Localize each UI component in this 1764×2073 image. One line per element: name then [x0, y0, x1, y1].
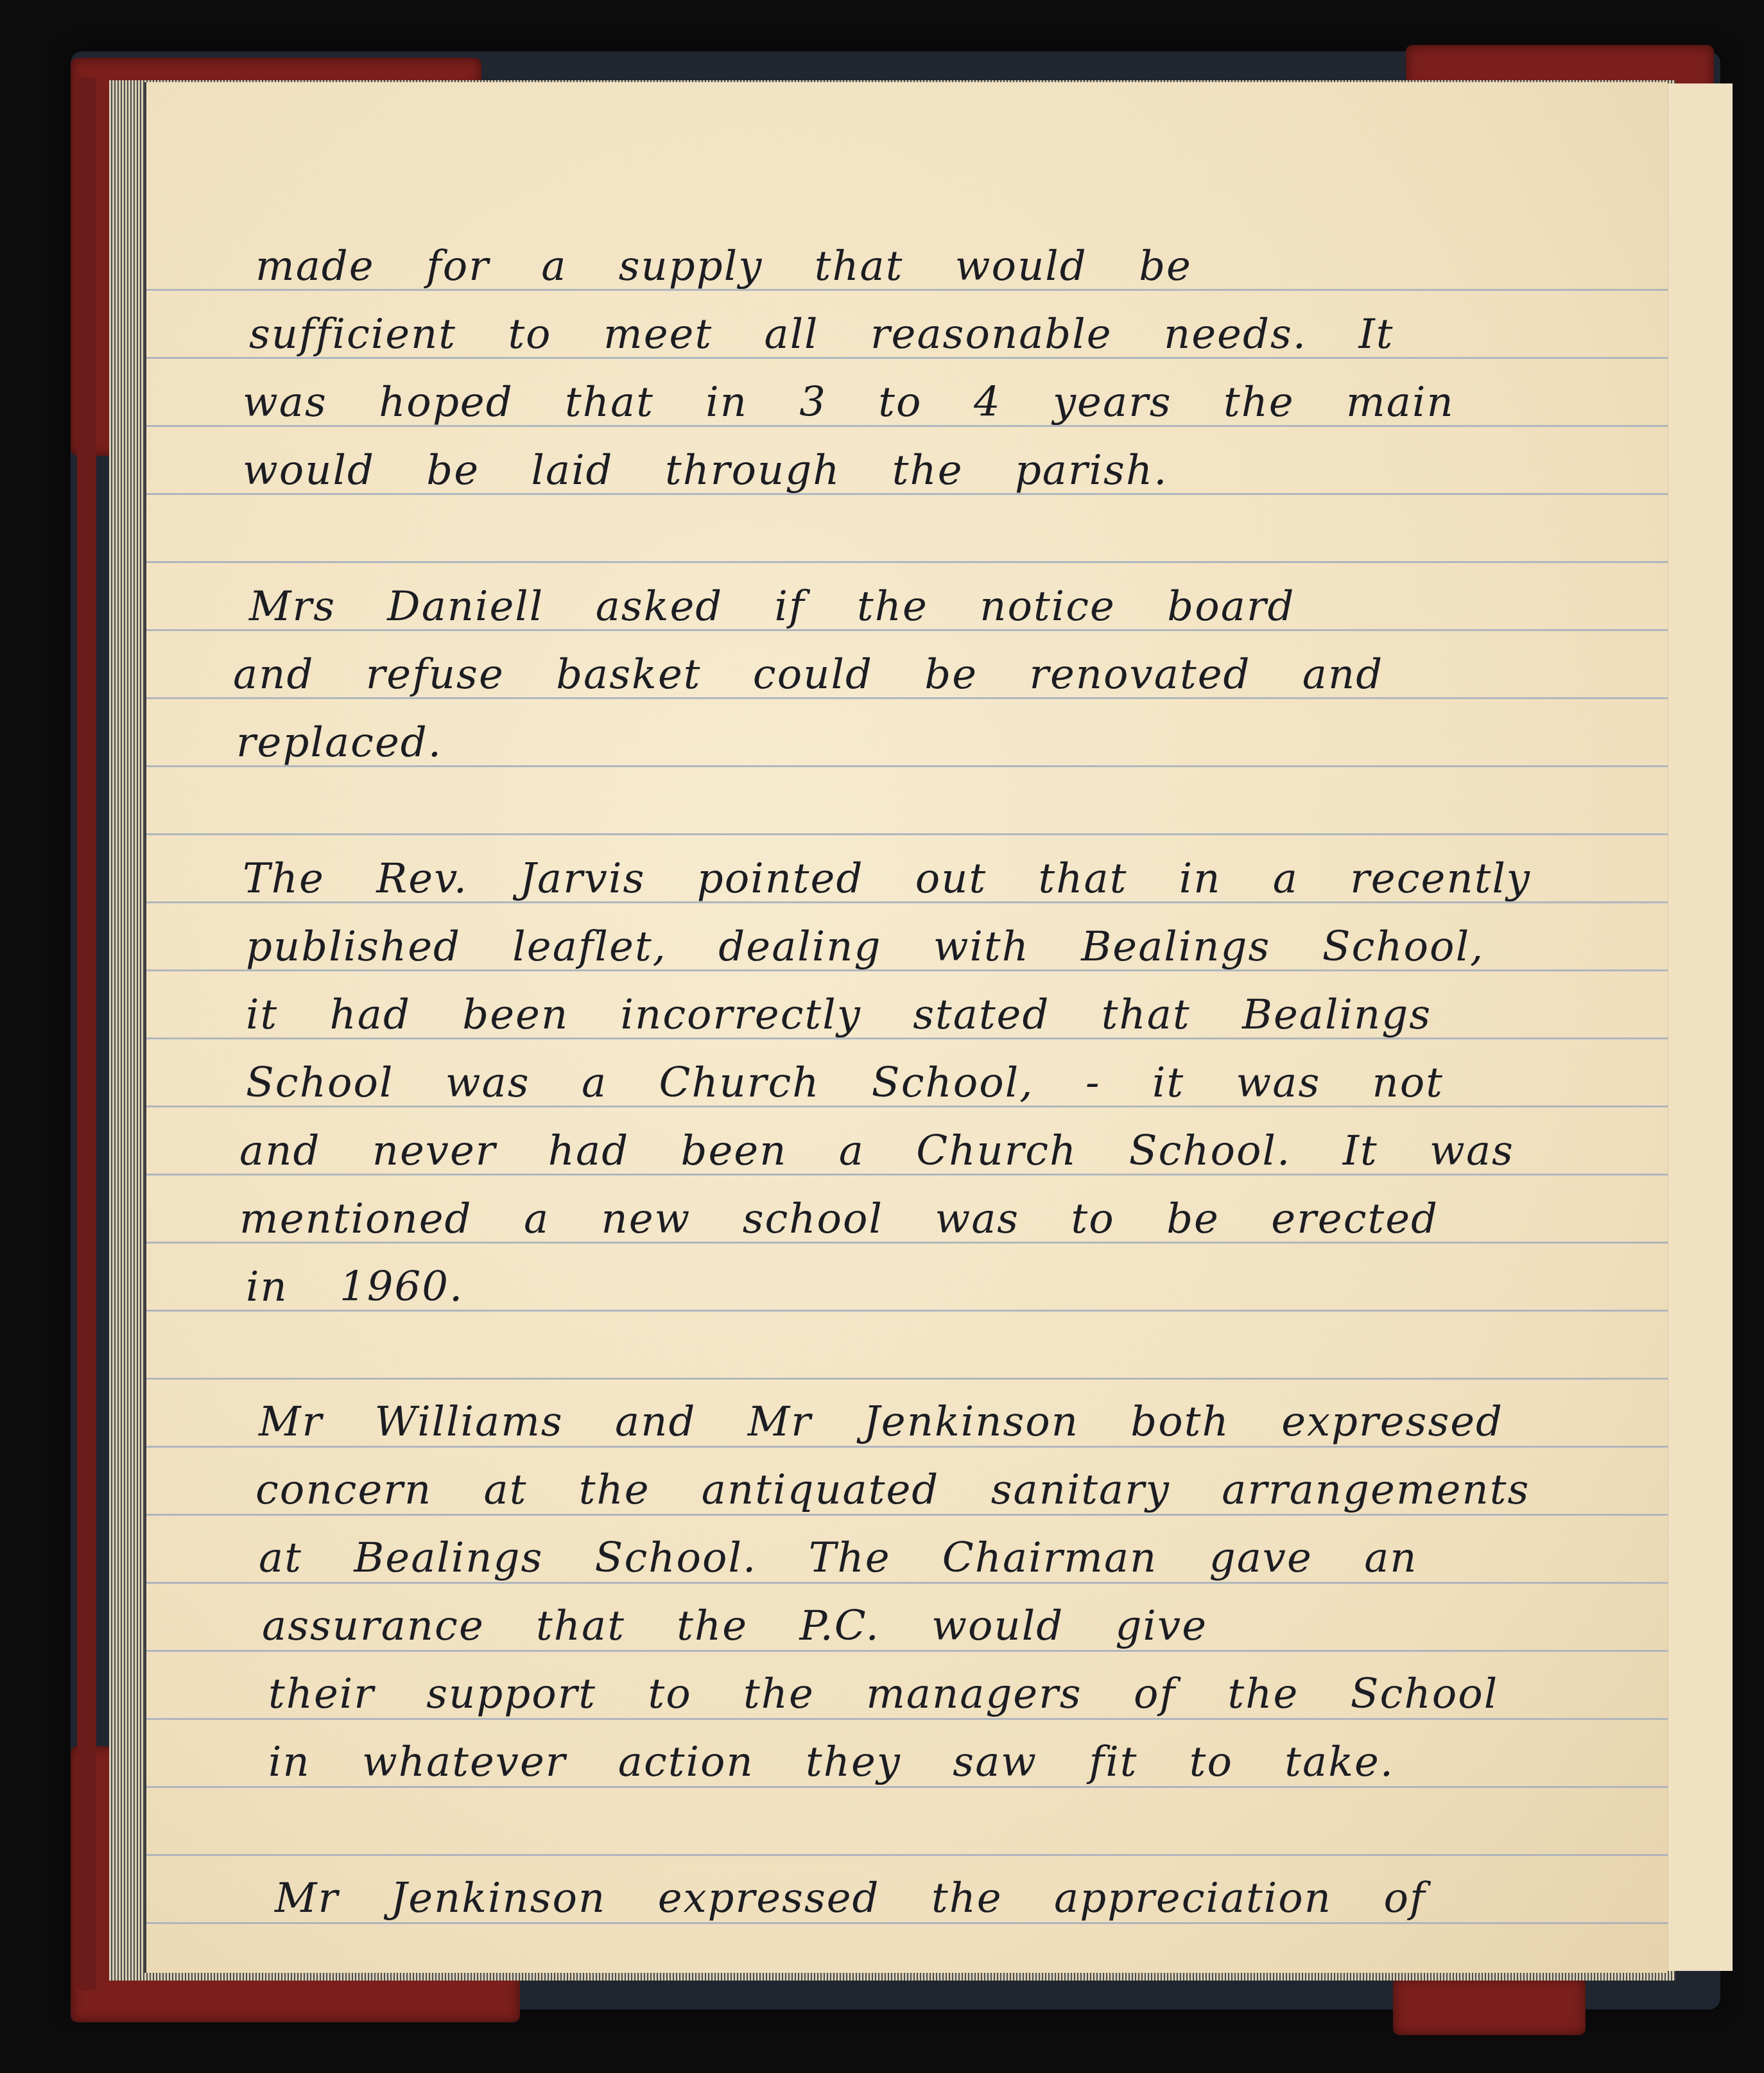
ruled-line	[146, 1514, 1668, 1516]
next-page-edge	[1666, 83, 1733, 1971]
handwritten-line: in whatever action they saw fit to take.	[268, 1739, 1394, 1786]
ruled-line	[146, 1650, 1668, 1652]
handwritten-line: mentioned a new school was to be erected	[239, 1195, 1439, 1243]
handwritten-line: School was a Church School, - it was not	[246, 1059, 1444, 1107]
ruled-line	[146, 1922, 1668, 1924]
handwritten-line: Mrs Daniell asked if the notice board	[249, 583, 1295, 630]
handwritten-line: it had been incorrectly stated that Beal…	[246, 991, 1431, 1039]
handwritten-line: at Bealings School. The Chairman gave an	[259, 1534, 1418, 1582]
ruled-line	[146, 1378, 1668, 1380]
handwritten-line: made for a supply that would be	[255, 243, 1192, 290]
ruled-line	[146, 1446, 1668, 1448]
handwritten-line: assurance that the P.C. would give	[262, 1602, 1207, 1650]
ruled-line	[146, 1786, 1668, 1788]
handwritten-line: in 1960.	[246, 1263, 463, 1311]
ruled-line	[146, 833, 1668, 835]
handwritten-line: and refuse basket could be renovated and	[233, 651, 1383, 698]
handwritten-line: was hoped that in 3 to 4 years the main	[243, 379, 1455, 426]
handwritten-line: The Rev. Jarvis pointed out that in a re…	[243, 855, 1531, 903]
handwritten-line: their support to the managers of the Sch…	[268, 1670, 1498, 1718]
notebook-page: made for a supply that would be sufficie…	[144, 82, 1668, 1973]
handwritten-line: replaced.	[236, 719, 442, 767]
handwritten-line: sufficient to meet all reasonable needs.…	[249, 311, 1394, 358]
handwritten-line: would be laid through the parish.	[243, 447, 1168, 494]
handwritten-line: Mr Williams and Mr Jenkinson both expres…	[259, 1398, 1503, 1446]
ruled-line	[146, 1718, 1668, 1720]
leather-corner-bottom-right	[1393, 1977, 1586, 2035]
handwritten-line: concern at the antiquated sanitary arran…	[255, 1466, 1530, 1514]
ruled-line	[146, 1582, 1668, 1584]
ruled-line	[146, 1854, 1668, 1856]
handwritten-line: published leaflet, dealing with Bealings…	[246, 923, 1484, 971]
handwritten-line: and never had been a Church School. It w…	[239, 1127, 1514, 1175]
handwritten-line: Mr Jenkinson expressed the appreciation …	[275, 1875, 1426, 1922]
ruled-line	[146, 561, 1668, 563]
book-spine-edge	[77, 77, 96, 1990]
